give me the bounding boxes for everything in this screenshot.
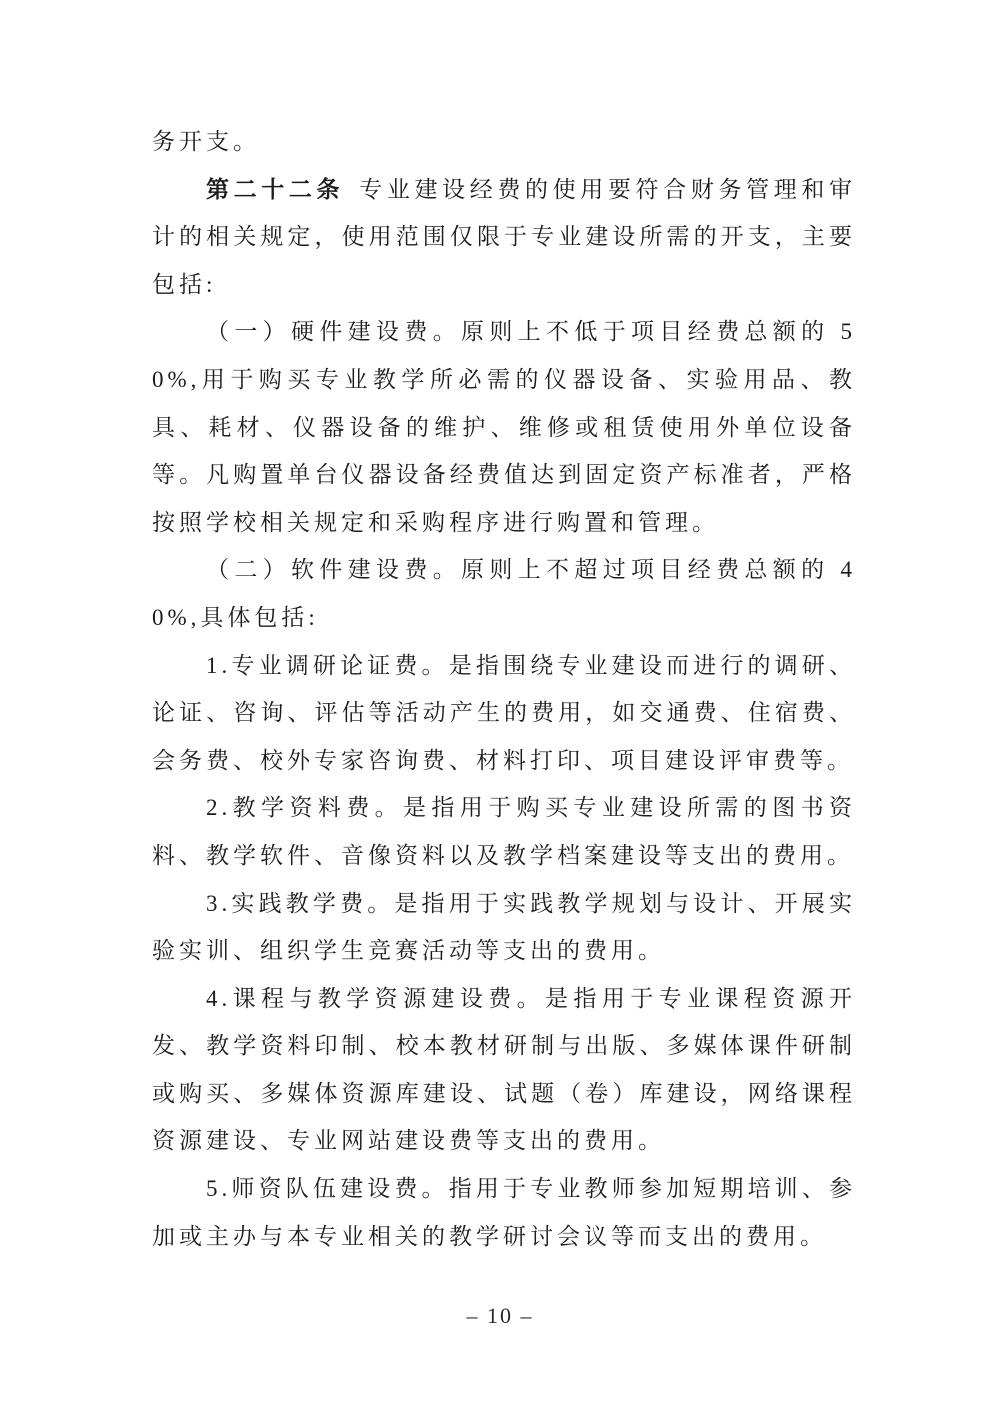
paragraph: 4.课程与教学资源建设费。是指用于专业课程资源开发、教学资料印制、校本教材研制与…	[152, 975, 856, 1165]
paragraph: （二）软件建设费。原则上不超过项目经费总额的 40%,具体包括:	[152, 546, 856, 641]
text-run: 2.教学资料费。是指用于购买专业建设所需的图书资料、教学软件、音像资料以及教学档…	[152, 795, 856, 868]
document-page: 务开支。第二十二条专业建设经费的使用要符合财务管理和审计的相关规定，使用范围仅限…	[0, 0, 1000, 1414]
article-number-heading: 第二十二条	[206, 176, 344, 202]
paragraph: 2.教学资料费。是指用于购买专业建设所需的图书资料、教学软件、音像资料以及教学档…	[152, 784, 856, 879]
text-run: 务开支。	[152, 129, 260, 154]
text-run: 4.课程与教学资源建设费。是指用于专业课程资源开发、教学资料印制、校本教材研制与…	[152, 986, 856, 1154]
paragraph: 3.实践教学费。是指用于实践教学规划与设计、开展实验实训、组织学生竞赛活动等支出…	[152, 880, 856, 975]
text-run: （一）硬件建设费。原则上不低于项目经费总额的 50%,用于购买专业教学所必需的仪…	[152, 319, 856, 534]
paragraph: 5.师资队伍建设费。指用于专业教师参加短期培训、参加或主办与本专业相关的教学研讨…	[152, 1165, 856, 1260]
paragraph: （一）硬件建设费。原则上不低于项目经费总额的 50%,用于购买专业教学所必需的仪…	[152, 308, 856, 546]
paragraph: 第二十二条专业建设经费的使用要符合财务管理和审计的相关规定，使用范围仅限于专业建…	[152, 166, 856, 309]
paragraph: 1.专业调研论证费。是指围绕专业建设而进行的调研、论证、咨询、评估等活动产生的费…	[152, 642, 856, 785]
paragraph: 务开支。	[152, 118, 856, 166]
text-run: 3.实践教学费。是指用于实践教学规划与设计、开展实验实训、组织学生竞赛活动等支出…	[152, 891, 856, 964]
text-run: （二）软件建设费。原则上不超过项目经费总额的 40%,具体包括:	[152, 557, 856, 630]
text-run: 5.师资队伍建设费。指用于专业教师参加短期培训、参加或主办与本专业相关的教学研讨…	[152, 1176, 856, 1249]
text-run: 1.专业调研论证费。是指围绕专业建设而进行的调研、论证、咨询、评估等活动产生的费…	[152, 653, 856, 773]
page-number: – 10 –	[0, 1303, 1000, 1329]
document-body: 务开支。第二十二条专业建设经费的使用要符合财务管理和审计的相关规定，使用范围仅限…	[152, 118, 856, 1260]
